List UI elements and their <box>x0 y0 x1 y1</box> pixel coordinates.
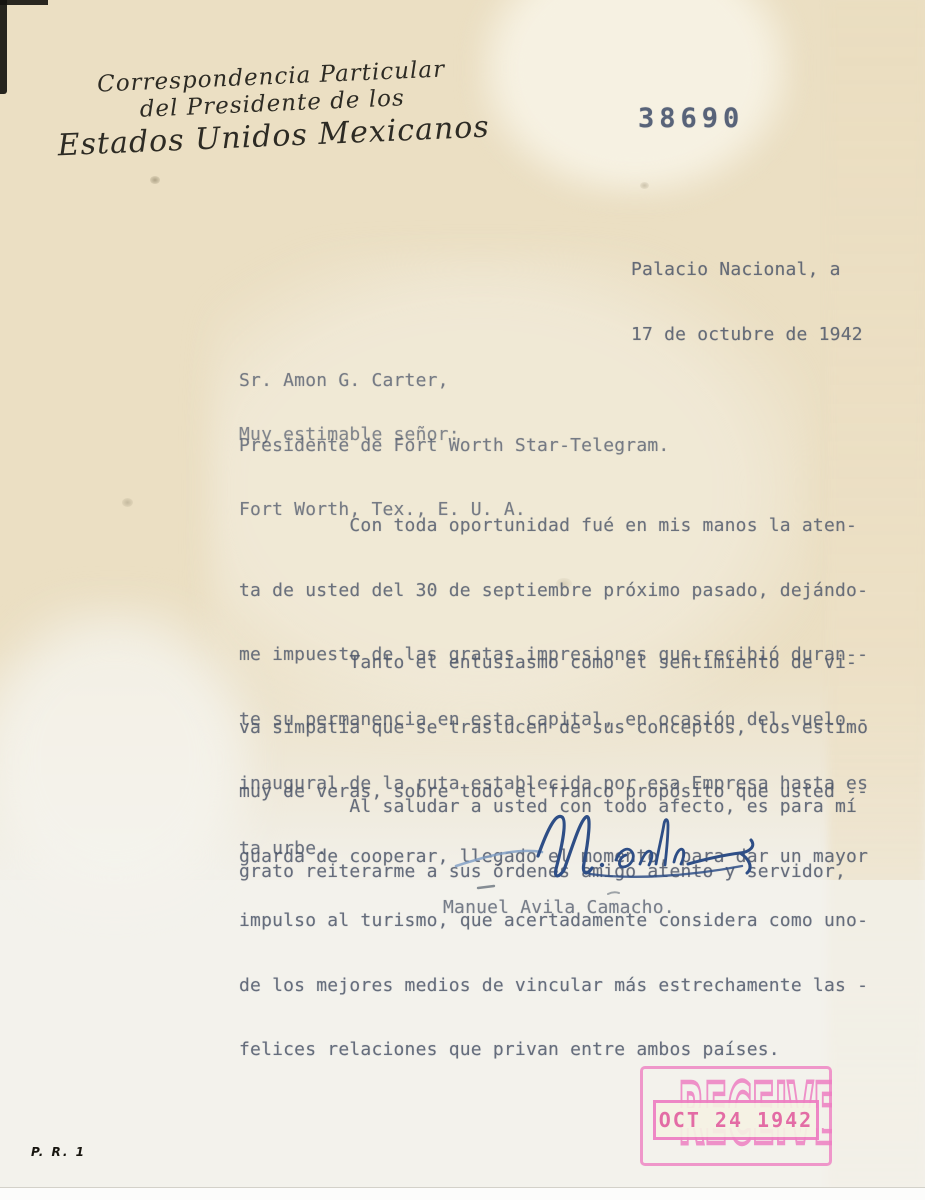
salutation: Muy estimable señor: <box>239 424 460 446</box>
dateline-place: Palacio Nacional, a <box>631 259 863 281</box>
body-line: ta de usted del 30 de septiembre próximo… <box>239 580 868 602</box>
body-line: Tanto el entusiasmo como el sentimiento … <box>239 652 868 674</box>
received-stamp-date: OCT 24 1942 <box>653 1100 819 1140</box>
handwritten-signature <box>450 808 780 903</box>
body-line: Con toda oportunidad fué en mis manos la… <box>239 515 868 537</box>
paper-light-patch <box>475 0 795 200</box>
file-number: 38690 <box>638 103 744 134</box>
signer-typed-name: Manuel Avila Camacho. <box>443 897 675 919</box>
scanned-letter-page: Correspondencia Particular del President… <box>0 0 925 1200</box>
scan-edge-artifact <box>0 0 7 94</box>
body-line: va simpatía que se traslucen de sus conc… <box>239 717 868 739</box>
scan-edge-artifact <box>0 0 48 5</box>
paper-stain <box>122 498 133 507</box>
scan-bottom-edge <box>0 1187 925 1200</box>
paper-light-patch <box>0 600 260 920</box>
paper-stain <box>640 182 649 189</box>
paper-stain <box>150 176 160 184</box>
letterhead: Correspondencia Particular del President… <box>53 55 492 164</box>
body-line: de los mejores medios de vincular más es… <box>239 975 868 997</box>
received-stamp: RECEIVED RECEIVED OCT 24 1942 <box>640 1066 832 1166</box>
archival-mark: P. R. 1 <box>31 1145 86 1159</box>
recipient-name: Sr. Amon G. Carter, <box>239 370 669 392</box>
body-line: felices relaciones que privan entre ambo… <box>239 1039 868 1061</box>
